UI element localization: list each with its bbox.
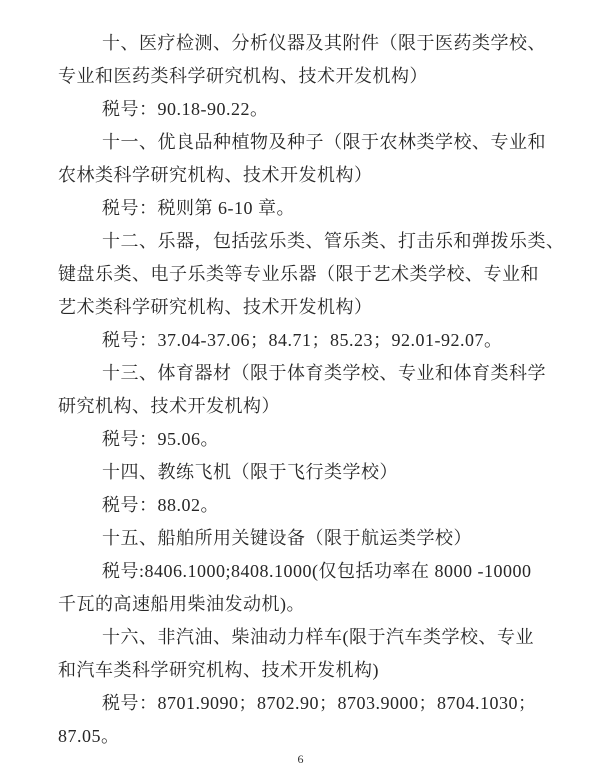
document-line: 千瓦的高速船用柴油发动机)。	[58, 588, 558, 621]
document-line: 十、医疗检测、分析仪器及其附件（限于医药类学校、	[58, 27, 558, 60]
document-line: 税号:8406.1000;8408.1000(仅包括功率在 8000 -1000…	[58, 555, 558, 588]
document-line: 87.05。	[58, 720, 558, 753]
document-line: 十六、非汽油、柴油动力样车(限于汽车类学校、专业	[58, 621, 558, 654]
document-line: 十四、教练飞机（限于飞行类学校）	[58, 456, 558, 489]
document-line: 十三、体育器材（限于体育类学校、专业和体育类科学	[58, 357, 558, 390]
document-line: 十五、船舶所用关键设备（限于航运类学校）	[58, 522, 558, 555]
document-body: 十、医疗检测、分析仪器及其附件（限于医药类学校、专业和医药类科学研究机构、技术开…	[58, 27, 558, 753]
document-line: 专业和医药类科学研究机构、技术开发机构）	[58, 60, 558, 93]
document-line: 和汽车类科学研究机构、技术开发机构)	[58, 654, 558, 687]
document-line: 研究机构、技术开发机构）	[58, 390, 558, 423]
document-line: 农林类科学研究机构、技术开发机构）	[58, 159, 558, 192]
document-line: 艺术类科学研究机构、技术开发机构）	[58, 291, 558, 324]
document-line: 十一、优良品种植物及种子（限于农林类学校、专业和	[58, 126, 558, 159]
document-line: 税号：8701.9090；8702.90；8703.9000；8704.1030…	[58, 687, 558, 720]
document-line: 税号：税则第 6-10 章。	[58, 192, 558, 225]
document-line: 税号：88.02。	[58, 489, 558, 522]
document-line: 税号：90.18-90.22。	[58, 93, 558, 126]
document-line: 税号：95.06。	[58, 423, 558, 456]
document-page: 十、医疗检测、分析仪器及其附件（限于医药类学校、专业和医药类科学研究机构、技术开…	[0, 0, 601, 778]
page-number: 6	[0, 752, 601, 767]
document-line: 键盘乐类、电子乐类等专业乐器（限于艺术类学校、专业和	[58, 258, 558, 291]
document-line: 十二、乐器，包括弦乐类、管乐类、打击乐和弹拨乐类、	[58, 225, 558, 258]
document-line: 税号：37.04-37.06；84.71；85.23；92.01-92.07。	[58, 324, 558, 357]
